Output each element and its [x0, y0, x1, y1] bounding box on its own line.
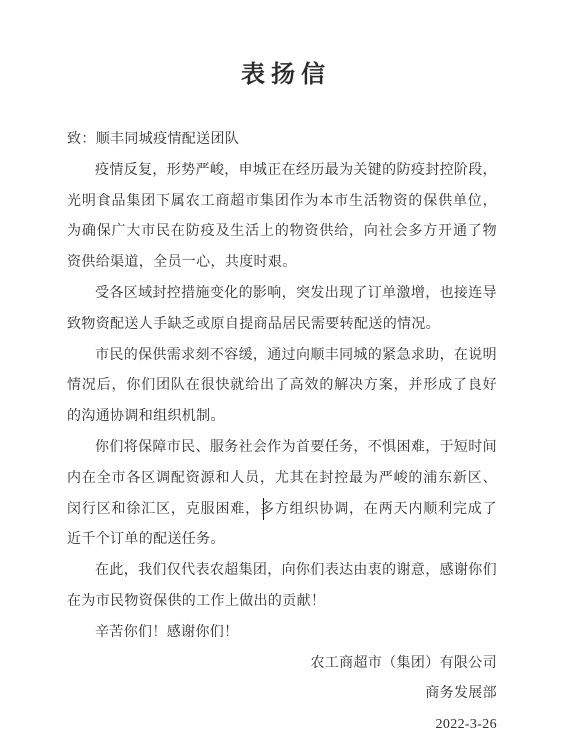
letter-body[interactable]: 致：顺丰同城疫情配送团队 疫情反复，形势严峻，申城正在经历最为关键的防疫封控阶段…	[67, 125, 497, 741]
letter-title: 表扬信	[0, 0, 566, 93]
letter-paragraph[interactable]: 你们将保障市民、服务社会作为首要任务，不惧困难，于短时间内在全市各区调配资源和人…	[67, 433, 497, 556]
letter-closing[interactable]: 辛苦你们！感谢你们！	[67, 618, 497, 649]
signature-date: 2022-3-26	[67, 710, 497, 741]
signature-department: 商务发展部	[67, 679, 497, 710]
letter-paragraph[interactable]: 在此，我们仅代表农超集团，向你们表达由衷的谢意，感谢你们在为市民物资保供的工作上…	[67, 556, 497, 618]
signature-block: 农工商超市（集团）有限公司 商务发展部 2022-3-26	[67, 649, 497, 741]
letter-salutation[interactable]: 致：顺丰同城疫情配送团队	[67, 125, 497, 156]
letter-paragraph[interactable]: 市民的保供需求刻不容缓，通过向顺丰同城的紧急求助，在说明情况后，你们团队在很快就…	[67, 341, 497, 433]
letter-paragraph[interactable]: 受各区域封控措施变化的影响，突发出现了订单激增，也接连导致物资配送人手缺乏或原自…	[67, 279, 497, 341]
text-cursor	[263, 498, 264, 520]
signature-company: 农工商超市（集团）有限公司	[67, 649, 497, 680]
letter-page: 表扬信 致：顺丰同城疫情配送团队 疫情反复，形势严峻，申城正在经历最为关键的防疫…	[0, 0, 566, 754]
letter-paragraph[interactable]: 疫情反复，形势严峻，申城正在经历最为关键的防疫封控阶段，光明食品集团下属农工商超…	[67, 156, 497, 279]
